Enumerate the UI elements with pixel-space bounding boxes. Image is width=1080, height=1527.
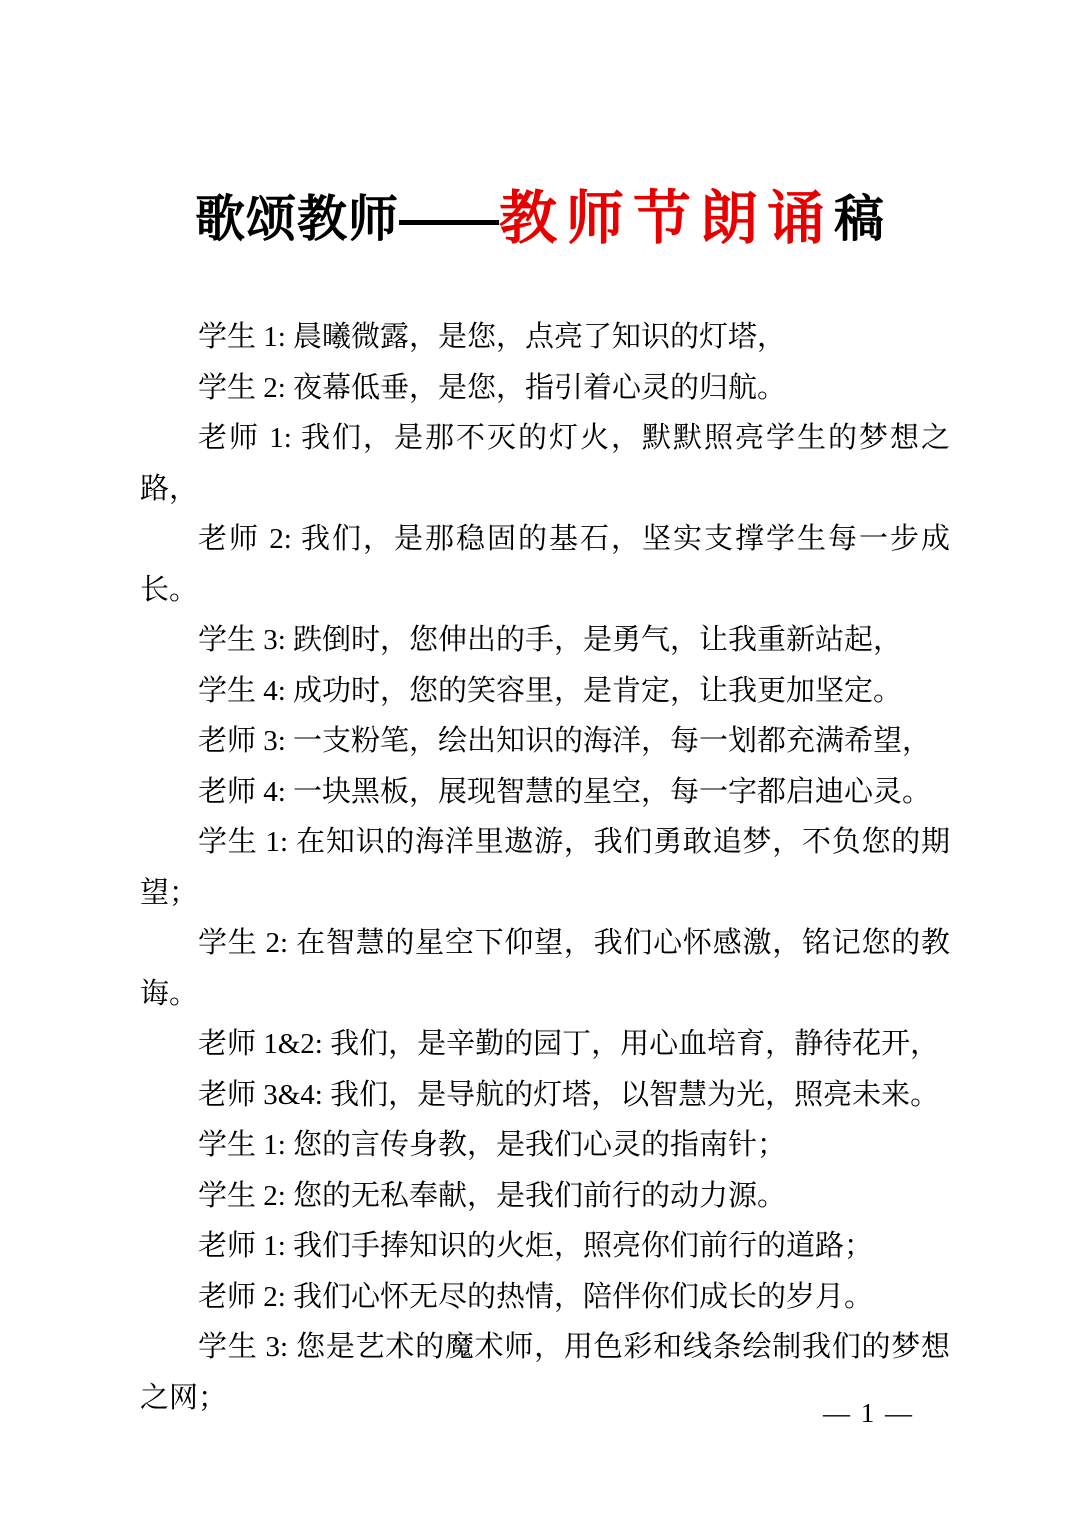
script-line: 学生 2: 在智慧的星空下仰望，我们心怀感激，铭记您的教诲。	[140, 918, 950, 1019]
title-black-prefix: 歌颂教师	[195, 191, 399, 247]
script-line: 老师 2: 我们心怀无尽的热情，陪伴你们成长的岁月。	[140, 1272, 950, 1323]
script-line: 学生 1: 您的言传身教，是我们心灵的指南针；	[140, 1120, 950, 1171]
title-dash: ——	[399, 191, 499, 247]
script-line: 学生 1: 晨曦微露，是您，点亮了知识的灯塔，	[140, 312, 950, 363]
document-page: 歌颂教师——教师节朗诵稿 学生 1: 晨曦微露，是您，点亮了知识的灯塔，学生 2…	[0, 0, 1080, 1527]
script-line: 老师 2: 我们，是那稳固的基石，坚实支撑学生每一步成长。	[140, 514, 950, 615]
script-line: 学生 4: 成功时，您的笑容里，是肯定，让我更加坚定。	[140, 666, 950, 717]
title-black-suffix: 稿	[834, 191, 885, 247]
script-line: 老师 3: 一支粉笔，绘出知识的海洋，每一划都充满希望，	[140, 716, 950, 767]
script-line: 老师 3&4: 我们，是导航的灯塔，以智慧为光，照亮未来。	[140, 1070, 950, 1121]
script-line: 学生 3: 跌倒时，您伸出的手，是勇气，让我重新站起，	[140, 615, 950, 666]
script-line: 老师 1: 我们手捧知识的火炬，照亮你们前行的道路；	[140, 1221, 950, 1272]
title-red-text: 教师节朗诵	[499, 186, 834, 251]
script-line: 老师 1&2: 我们，是辛勤的园丁，用心血培育，静待花开，	[140, 1019, 950, 1070]
script-line: 老师 4: 一块黑板，展现智慧的星空，每一字都启迪心灵。	[140, 767, 950, 818]
page-number: — 1 —	[823, 1398, 914, 1429]
document-body: 学生 1: 晨曦微露，是您，点亮了知识的灯塔，学生 2: 夜幕低垂，是您，指引着…	[140, 312, 950, 1423]
script-line: 学生 2: 您的无私奉献，是我们前行的动力源。	[140, 1171, 950, 1222]
script-line: 老师 1: 我们，是那不灭的灯火，默默照亮学生的梦想之路，	[140, 413, 950, 514]
script-line: 学生 1: 在知识的海洋里遨游，我们勇敢追梦，不负您的期望；	[140, 817, 950, 918]
script-line: 学生 2: 夜幕低垂，是您，指引着心灵的归航。	[140, 363, 950, 414]
document-title: 歌颂教师——教师节朗诵稿	[0, 186, 1080, 258]
